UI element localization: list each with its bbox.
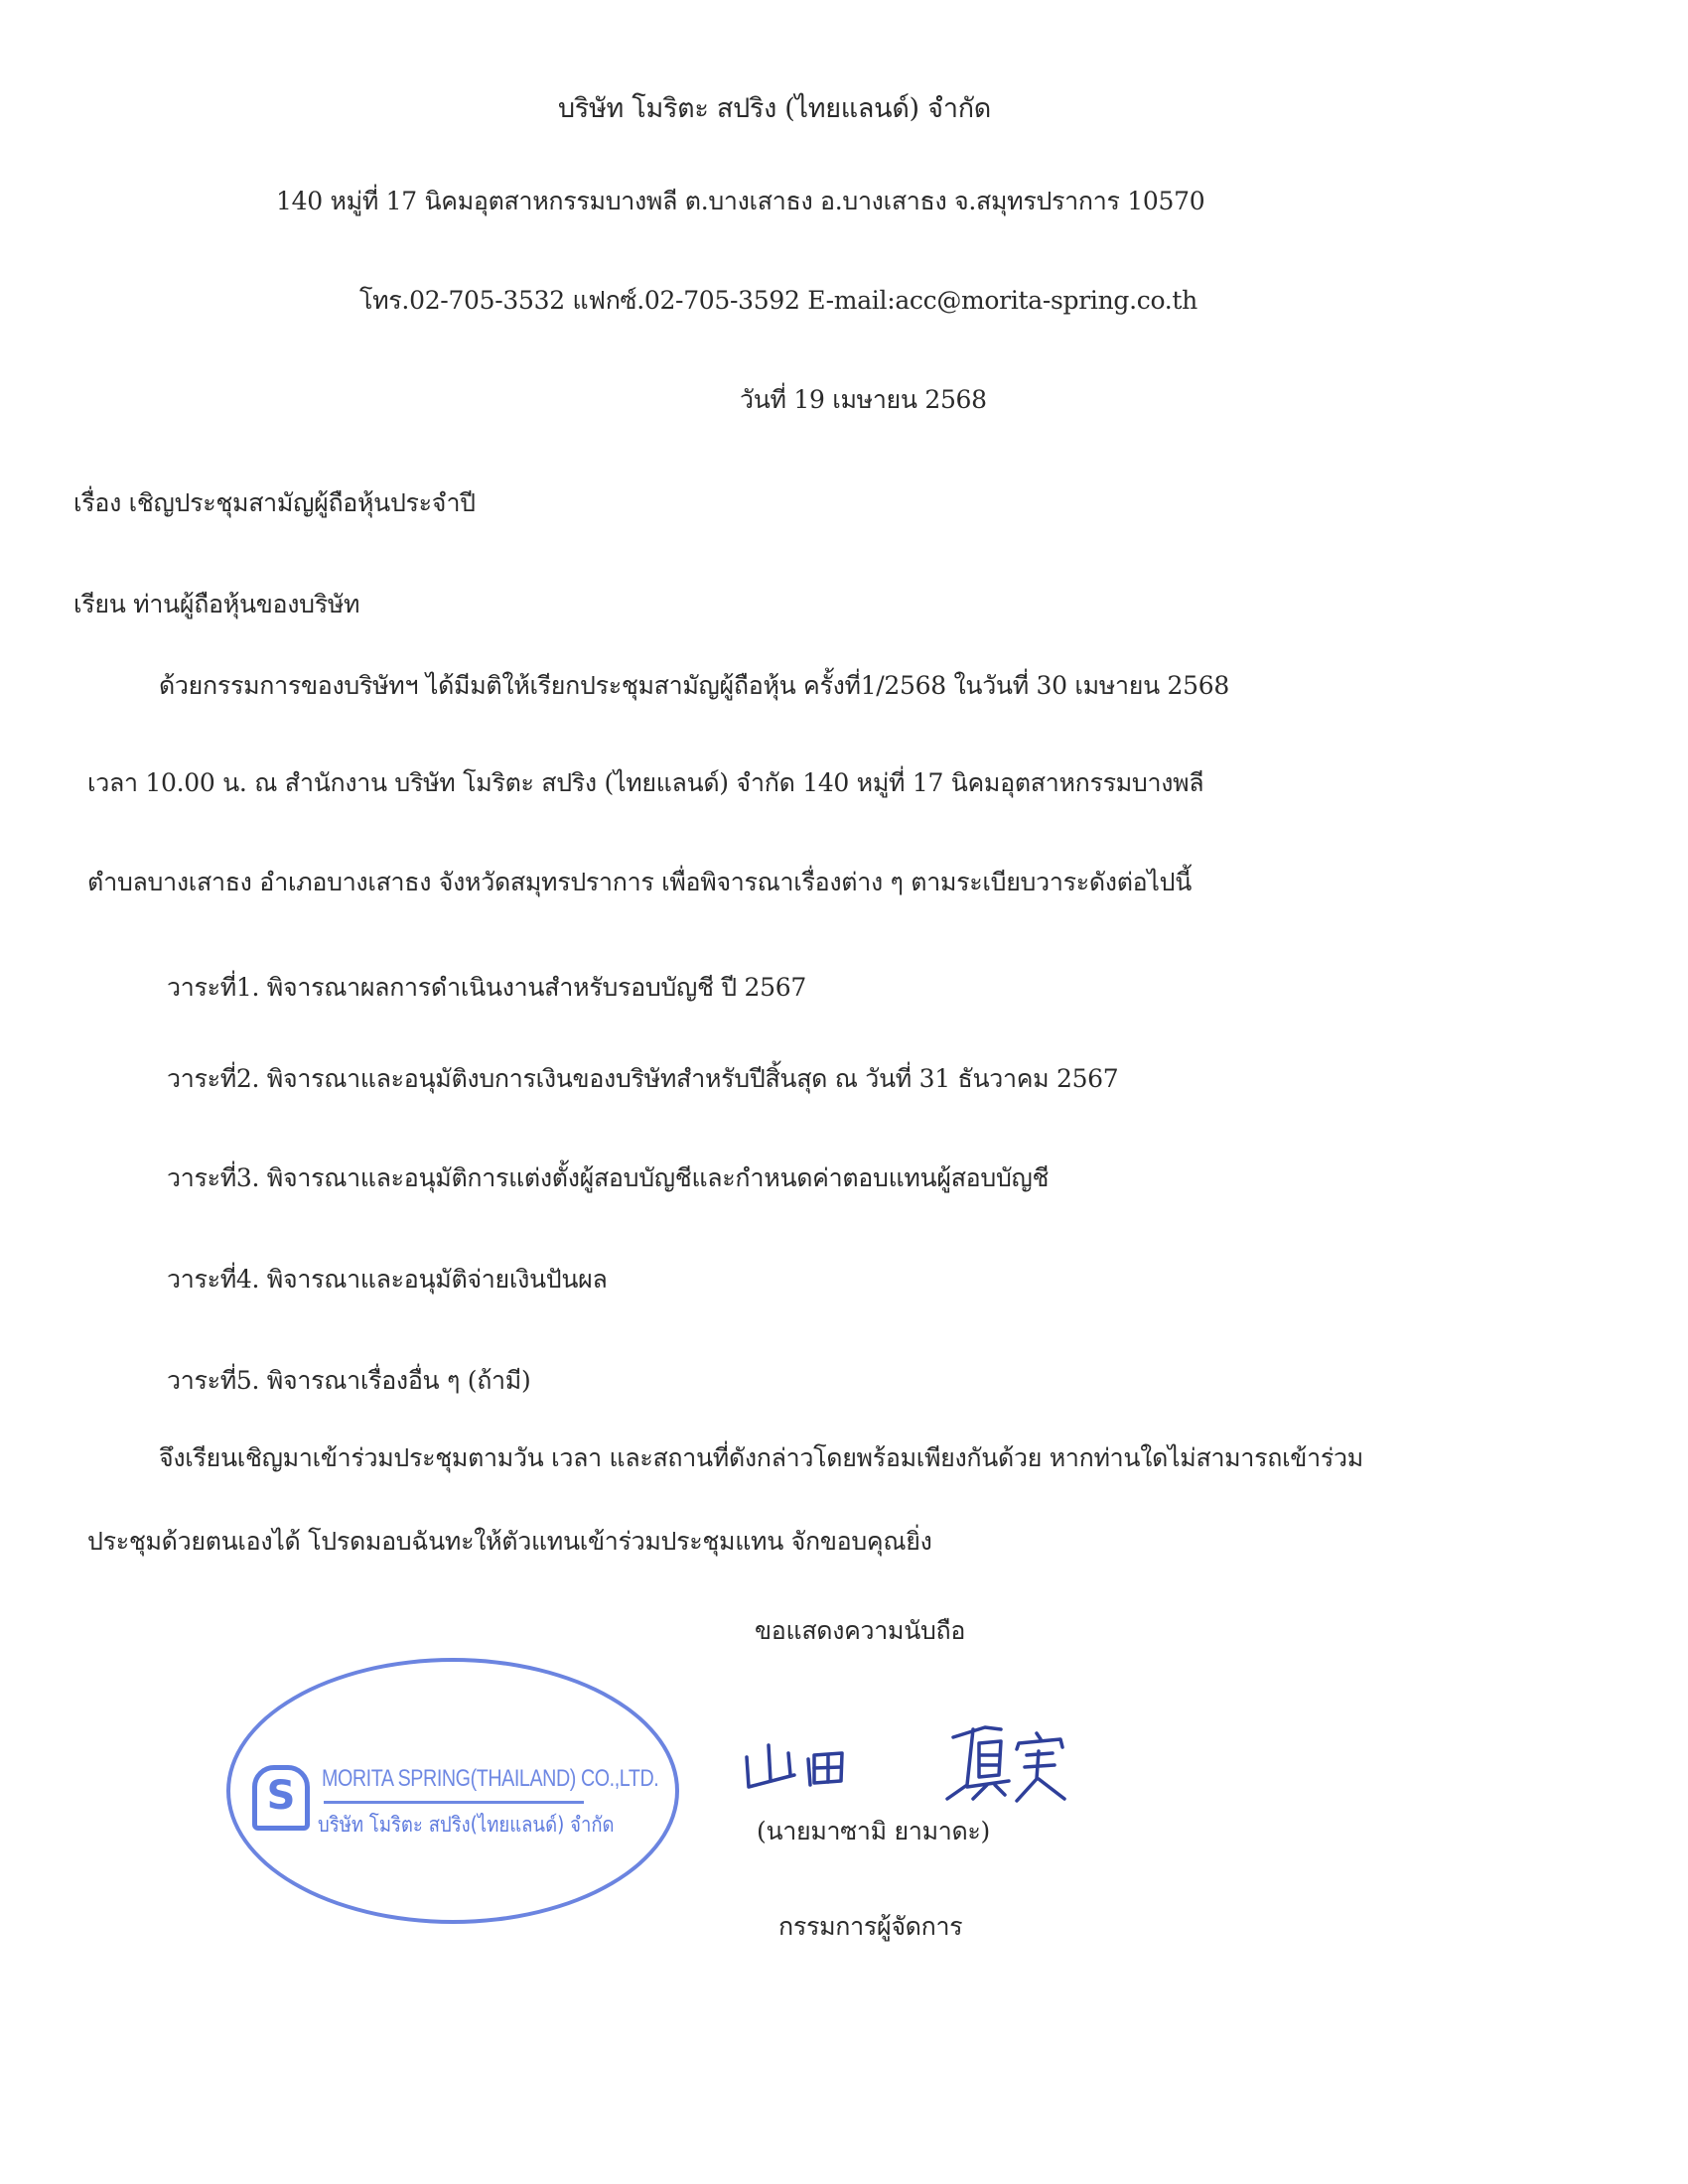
- letter-salutation: เรียน ท่านผู้ถือหุ้นของบริษัท: [73, 590, 359, 619]
- company-contact: โทร.02-705-3532 แฟกซ์.02-705-3592 E-mail…: [359, 286, 1197, 316]
- letter-subject: เรื่อง เชิญประชุมสามัญผู้ถือหุ้นประจำปี: [73, 488, 476, 518]
- agenda-item: วาระที่3. พิจารณาและอนุมัติการแต่งตั้งผู…: [167, 1163, 1049, 1193]
- stamp-english-name: MORITA SPRING(THAILAND) CO.,LTD.: [322, 1765, 658, 1793]
- intro-line: ด้วยกรรมการของบริษัทฯ ได้มีมติให้เรียกปร…: [159, 671, 1229, 701]
- stamp-divider: [324, 1801, 584, 1804]
- agenda-item: วาระที่1. พิจารณาผลการดำเนินงานสำหรับรอบ…: [167, 973, 806, 1003]
- closing-line: จึงเรียนเชิญมาเข้าร่วมประชุมตามวัน เวลา …: [159, 1443, 1363, 1473]
- letter-date: วันที่ 19 เมษายน 2568: [740, 385, 987, 415]
- signature-image: [743, 1715, 1120, 1805]
- closing-regards: ขอแสดงความนับถือ: [755, 1616, 965, 1646]
- intro-line: ตำบลบางเสาธง อำเภอบางเสาธง จังหวัดสมุทรป…: [87, 868, 1192, 897]
- agenda-item: วาระที่4. พิจารณาและอนุมัติจ่ายเงินปันผล: [167, 1265, 608, 1295]
- signer-name: (นายมาซามิ ยามาดะ): [757, 1817, 990, 1846]
- company-address: 140 หมู่ที่ 17 นิคมอุตสาหกรรมบางพลี ต.บา…: [276, 187, 1204, 216]
- agenda-item: วาระที่2. พิจารณาและอนุมัติงบการเงินของบ…: [167, 1064, 1118, 1094]
- company-stamp: S MORITA SPRING(THAILAND) CO.,LTD. บริษั…: [226, 1658, 679, 1924]
- closing-line: ประชุมด้วยตนเองได้ โปรดมอบฉันทะให้ตัวแทน…: [87, 1527, 931, 1557]
- stamp-thai-name: บริษัท โมริตะ สปริง(ไทยแลนด์) จำกัด: [318, 1809, 615, 1842]
- intro-line: เวลา 10.00 น. ณ สำนักงาน บริษัท โมริตะ ส…: [87, 768, 1203, 798]
- company-name: บริษัท โมริตะ สปริง (ไทยแลนด์) จำกัด: [0, 93, 1549, 125]
- company-logo-icon: S: [252, 1765, 310, 1831]
- agenda-item: วาระที่5. พิจารณาเรื่องอื่น ๆ (ถ้ามี): [167, 1366, 530, 1396]
- signer-title: กรรมการผู้จัดการ: [778, 1912, 962, 1942]
